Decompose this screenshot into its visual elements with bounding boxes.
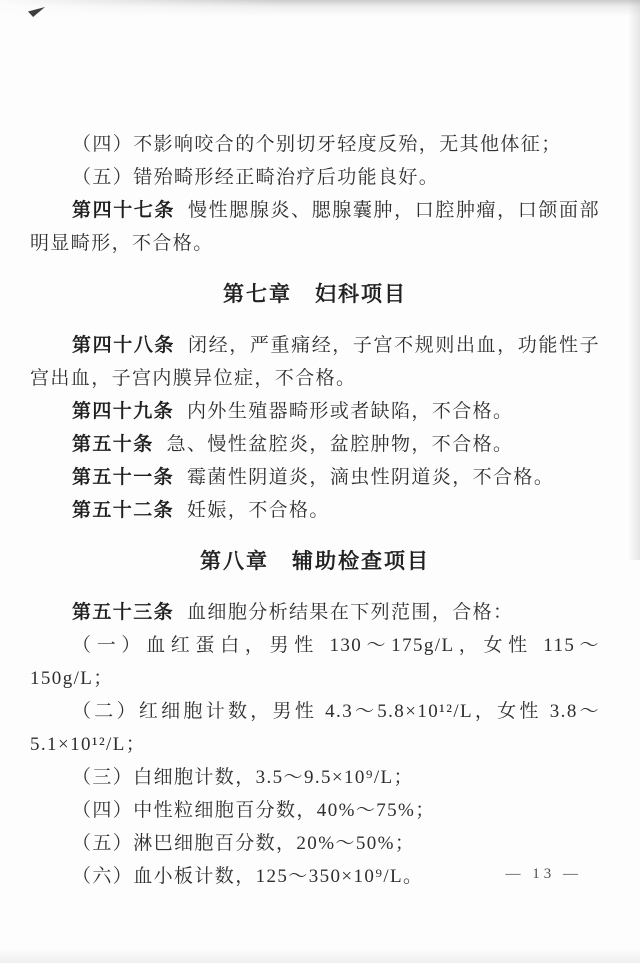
page-number: — 13 —: [506, 866, 583, 883]
article-number: 第四十七条: [72, 200, 175, 221]
document-page: （四）不影响咬合的个别切牙轻度反殆，无其他体征；（五）错殆畸形经正畸治疗后功能良…: [0, 0, 640, 963]
paragraph: （五）错殆畸形经正畸治疗后功能良好。: [30, 161, 600, 194]
chapter-heading: 第七章 妇科项目: [30, 278, 600, 311]
paragraph: （四）中性粒细胞百分数，40%～75%；: [30, 794, 600, 827]
paragraph: 第四十九条内外生殖器畸形或者缺陷，不合格。: [30, 395, 600, 428]
paragraph: 第五十二条妊娠，不合格。: [30, 494, 600, 527]
scan-shadow-top: [0, 0, 640, 16]
paragraph: （二）红细胞计数，男性 4.3～5.8×10¹²/L，女性 3.8～5.1×10…: [30, 695, 600, 761]
article-number: 第四十八条: [72, 335, 175, 356]
paragraph: 第五十一条霉菌性阴道炎，滴虫性阴道炎，不合格。: [30, 461, 600, 494]
page-content: （四）不影响咬合的个别切牙轻度反殆，无其他体征；（五）错殆畸形经正畸治疗后功能良…: [30, 128, 600, 893]
paragraph: （三）白细胞计数，3.5～9.5×10⁹/L；: [30, 761, 600, 794]
paragraph: 第五十条急、慢性盆腔炎，盆腔肿物，不合格。: [30, 428, 600, 461]
scan-shadow-bottom: [0, 949, 640, 963]
article-number: 第五十三条: [72, 602, 174, 623]
paragraph: （一）血红蛋白，男性 130～175g/L，女性 115～150g/L；: [30, 629, 600, 695]
chapter-heading: 第八章 辅助检查项目: [30, 545, 600, 578]
article-number: 第四十九条: [72, 401, 174, 422]
paragraph: （五）淋巴细胞百分数，20%～50%；: [30, 827, 600, 860]
scan-shadow-right: [628, 0, 640, 560]
paragraph: 第四十七条慢性腮腺炎、腮腺囊肿，口腔肿瘤，口颌面部明显畸形，不合格。: [30, 194, 600, 260]
article-number: 第五十条: [72, 434, 154, 455]
paragraph: （四）不影响咬合的个别切牙轻度反殆，无其他体征；: [30, 128, 600, 161]
scan-triangle-mark-icon: [28, 7, 45, 17]
paragraph: 第五十三条血细胞分析结果在下列范围，合格：: [30, 596, 600, 629]
article-number: 第五十一条: [72, 467, 174, 488]
article-number: 第五十二条: [72, 500, 174, 521]
paragraph: 第四十八条闭经，严重痛经，子宫不规则出血，功能性子宫出血，子宫内膜异位症，不合格…: [30, 329, 600, 395]
